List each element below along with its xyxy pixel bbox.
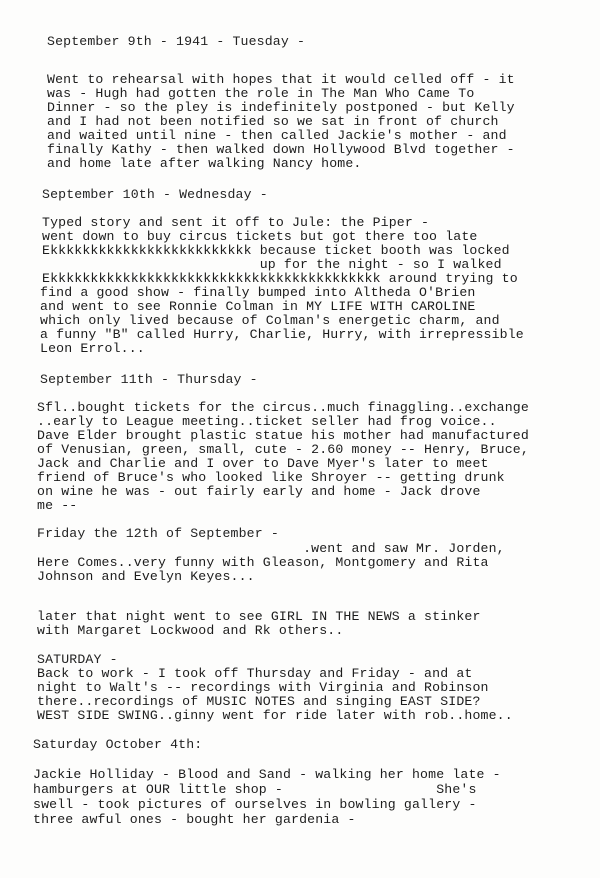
entry-line: Sfl..bought tickets for the circus..much… (37, 401, 529, 415)
entry-line: which only lived because of Colman's ene… (40, 314, 500, 328)
entry-line: find a good show - finally bumped into A… (40, 286, 475, 300)
entry-line: friend of Bruce's who looked like Shroye… (37, 471, 505, 485)
entry-line: and I had not been notified so we sat in… (47, 115, 499, 129)
entry-heading: Friday the 12th of September - (37, 527, 279, 541)
entry-line: went down to buy circus tickets but got … (42, 230, 477, 244)
entry-line-struckout: Ekkkkkkkkkkkkkkkkkkkkkkkkkkkkkkkkkkkkkkk… (42, 272, 518, 286)
entry-line: and waited until nine - then called Jack… (47, 129, 507, 143)
entry-line: with Margaret Lockwood and Rk others.. (37, 624, 343, 638)
entry-line: on wine he was - out fairly early and ho… (37, 485, 481, 499)
entry-line: ..early to League meeting..ticket seller… (37, 415, 497, 429)
entry-line: night to Walt's -- recordings with Virgi… (37, 681, 489, 695)
entry-heading: September 9th - 1941 - Tuesday - (47, 35, 305, 49)
entry-line: Back to work - I took off Thursday and F… (37, 667, 472, 681)
typewritten-page: September 9th - 1941 - Tuesday - Went to… (0, 0, 600, 878)
entry-line: Leon Errol... (40, 342, 145, 356)
entry-line: me -- (37, 499, 77, 513)
entry-line: .went and saw Mr. Jorden, (37, 542, 505, 556)
entry-heading: Saturday October 4th: (33, 738, 202, 752)
entry-line: Jack and Charlie and I over to Dave Myer… (37, 457, 489, 471)
entry-line: later that night went to see GIRL IN THE… (37, 610, 481, 624)
entry-line: up for the night - so I walked (42, 258, 502, 272)
entry-line: three awful ones - bought her gardenia - (33, 813, 356, 827)
entry-line: there..recordings of MUSIC NOTES and sin… (37, 695, 481, 709)
entry-line-struckout: Ekkkkkkkkkkkkkkkkkkkkkkkkk because ticke… (42, 244, 510, 258)
entry-line: finally Kathy - then walked down Hollywo… (47, 143, 515, 157)
entry-line: a funny "B" called Hurry, Charlie, Hurry… (40, 328, 524, 342)
entry-line: Johnson and Evelyn Keyes... (37, 570, 255, 584)
entry-line: Dinner - so the pley is indefinitely pos… (47, 101, 515, 115)
entry-heading: September 10th - Wednesday - (42, 188, 268, 202)
entry-line: and went to see Ronnie Colman in MY LIFE… (40, 300, 475, 314)
entry-line: Jackie Holliday - Blood and Sand - walki… (33, 768, 501, 782)
entry-line: of Venusian, green, small, cute - 2.60 m… (37, 443, 529, 457)
entry-line: Went to rehearsal with hopes that it wou… (47, 73, 515, 87)
entry-line: Dave Elder brought plastic statue his mo… (37, 429, 529, 443)
entry-line: was - Hugh had gotten the role in The Ma… (47, 87, 474, 101)
entry-line: Typed story and sent it off to Jule: the… (42, 216, 429, 230)
entry-heading: SATURDAY - (37, 653, 118, 667)
entry-line: WEST SIDE SWING..ginny went for ride lat… (37, 709, 513, 723)
entry-line: Here Comes..very funny with Gleason, Mon… (37, 556, 489, 570)
entry-line: swell - took pictures of ourselves in bo… (33, 798, 477, 812)
entry-heading: September 11th - Thursday - (40, 373, 258, 387)
entry-line: and home late after walking Nancy home. (47, 157, 362, 171)
entry-line: hamburgers at OUR little shop - She's (33, 783, 477, 797)
